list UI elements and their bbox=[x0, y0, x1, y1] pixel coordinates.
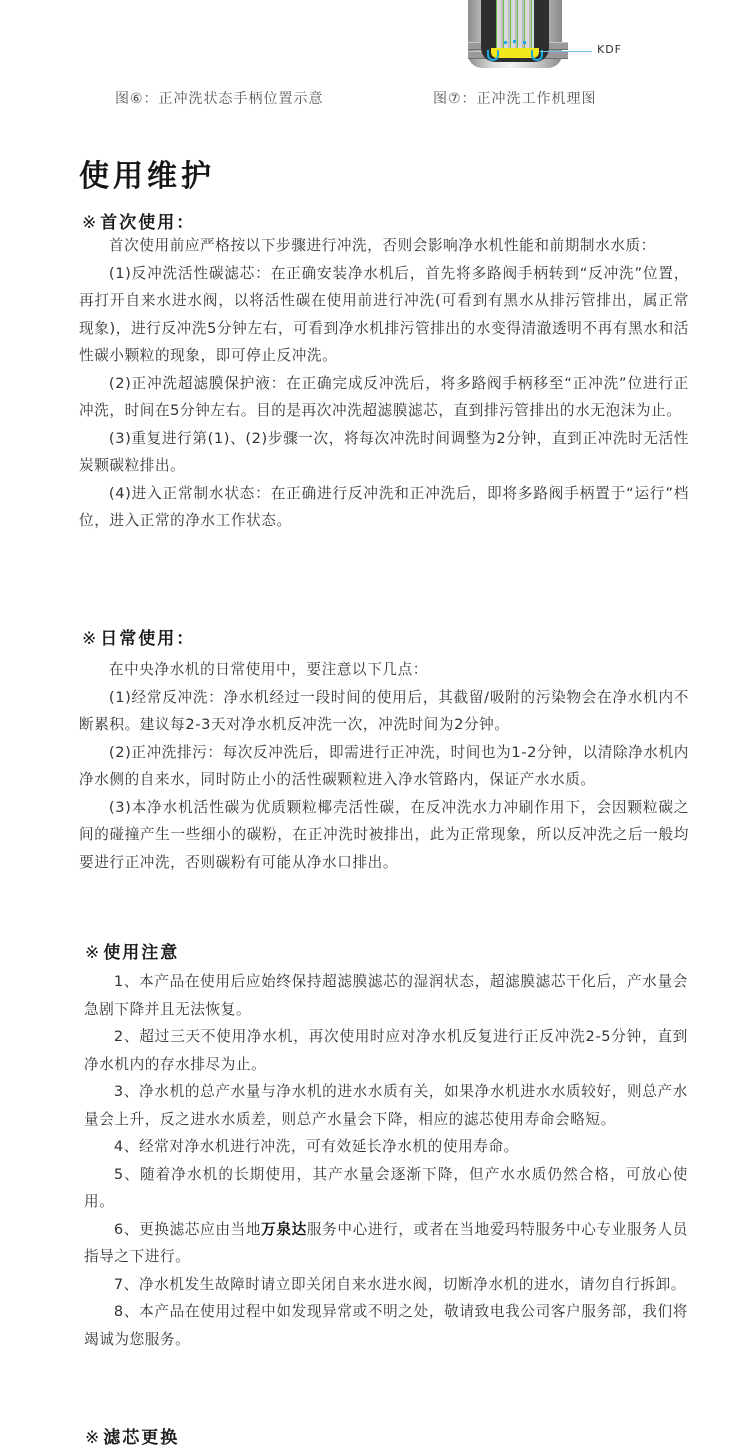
section-first-use-body: 首次使用前应严格按以下步骤进行冲洗，否则会影响净水机性能和前期制水水质： (1)… bbox=[79, 232, 689, 535]
paragraph: 8、本产品在使用过程中如发现异常或不明之处，敬请致电我公司客户服务部，我们将竭诚… bbox=[84, 1298, 688, 1353]
brand-name: 万泉达 bbox=[261, 1221, 307, 1238]
paragraph: 3、净水机的总产水量与净水机的进水水质有关，如果净水机进水水质较好，则总产水量会… bbox=[84, 1078, 688, 1133]
paragraph: 首次使用前应严格按以下步骤进行冲洗，否则会影响净水机性能和前期制水水质： bbox=[79, 232, 689, 260]
figure-7-caption: 图⑦：正冲洗工作机理图 bbox=[433, 88, 597, 108]
paragraph: (2)正冲洗超滤膜保护液：在正确完成反冲洗后，将多路阀手柄移至“正冲洗”位进行正… bbox=[79, 370, 689, 425]
section-heading-first-use: ※首次使用： bbox=[82, 208, 195, 233]
section-daily-use-body: 在中央净水机的日常使用中，要注意以下几点： (1)经常反冲洗：净水机经过一段时间… bbox=[79, 656, 689, 876]
paragraph: 5、随着净水机的长期使用，其产水量会逐渐下降，但产水水质仍然合格，可放心使用。 bbox=[84, 1161, 688, 1216]
section-title: 首次使用： bbox=[100, 213, 195, 233]
paragraph: 4、经常对净水机进行冲洗，可有效延长净水机的使用寿命。 bbox=[84, 1133, 688, 1161]
page-title: 使用维护 bbox=[79, 151, 215, 195]
paragraph: (1)反冲洗活性碳滤芯：在正确安装净水机后，首先将多路阀手柄转到“反冲洗”位置，… bbox=[79, 260, 689, 370]
flow-arrow-icon bbox=[513, 40, 516, 43]
reference-mark-icon: ※ bbox=[85, 943, 101, 963]
kdf-label: KDF bbox=[597, 43, 622, 56]
section-title: 日常使用： bbox=[100, 629, 195, 649]
flow-arrow-icon bbox=[523, 41, 526, 44]
figure-7-illustration bbox=[465, 0, 575, 72]
paragraph: (4)进入正常制水状态：在正确进行反冲洗和正冲洗后，即将多路阀手柄置于“运行”档… bbox=[79, 480, 689, 535]
section-heading-daily-use: ※日常使用： bbox=[82, 624, 195, 649]
kdf-leader-line bbox=[540, 51, 592, 52]
paragraph: 7、净水机发生故障时请立即关闭自来水进水阀，切断净水机的进水，请勿自行拆卸。 bbox=[84, 1271, 688, 1299]
paragraph: (1)经常反冲洗：净水机经过一段时间的使用后，其截留/吸附的污染物会在净水机内不… bbox=[79, 684, 689, 739]
paragraph: 6、更换滤芯应由当地万泉达服务中心进行，或者在当地爱玛特服务中心专业服务人员指导… bbox=[84, 1216, 688, 1271]
reference-mark-icon: ※ bbox=[82, 629, 98, 649]
paragraph: (3)重复进行第(1)、(2)步骤一次，将每次冲洗时间调整为2分钟，直到正冲洗时… bbox=[79, 425, 689, 480]
section-heading-filter-replacement: ※滤芯更换 bbox=[85, 1423, 179, 1448]
paragraph: (3)本净水机活性碳为优质颗粒椰壳活性碳，在反冲洗水力冲刷作用下，会因颗粒碳之间… bbox=[79, 794, 689, 877]
section-precautions-body: 1、本产品在使用后应始终保持超滤膜滤芯的湿润状态，超滤膜滤芯干化后，产水量会急剧… bbox=[84, 968, 688, 1353]
reference-mark-icon: ※ bbox=[85, 1428, 101, 1448]
paragraph: 1、本产品在使用后应始终保持超滤膜滤芯的湿润状态，超滤膜滤芯干化后，产水量会急剧… bbox=[84, 968, 688, 1023]
section-heading-precautions: ※使用注意 bbox=[85, 938, 179, 963]
flow-arrow-icon bbox=[504, 41, 507, 44]
section-title: 滤芯更换 bbox=[103, 1428, 179, 1448]
section-title: 使用注意 bbox=[103, 943, 179, 963]
reference-mark-icon: ※ bbox=[82, 213, 98, 233]
paragraph: 在中央净水机的日常使用中，要注意以下几点： bbox=[79, 656, 689, 684]
paragraph: 2、超过三天不使用净水机，再次使用时应对净水机反复进行正反冲洗2-5分钟，直到净… bbox=[84, 1023, 688, 1078]
paragraph: (2)正冲洗排污：每次反冲洗后，即需进行正冲洗，时间也为1-2分钟，以清除净水机… bbox=[79, 739, 689, 794]
figure-6-caption: 图⑥：正冲洗状态手柄位置示意 bbox=[115, 88, 324, 108]
